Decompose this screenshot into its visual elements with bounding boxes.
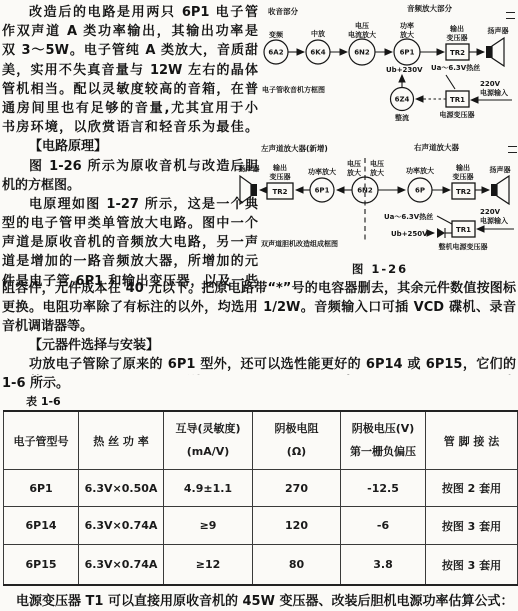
ua-heater-label: Ua～6.3V热丝 bbox=[384, 212, 433, 221]
tube-6a2-label: 6A2 bbox=[268, 49, 283, 57]
body-line: 管机相当。配以灵敏度较高的音箱，在普 bbox=[2, 80, 258, 99]
paL-label: 功率放大 bbox=[308, 167, 336, 176]
stereo-block-diagram: 左声道放大器(新增) 右声道放大器 扬声器 输出 变压器 TR2 功率放大 6P… bbox=[238, 138, 518, 276]
outL-tr2-label: TR2 bbox=[272, 188, 287, 196]
stage-label-voltage2: 电流放大 bbox=[348, 30, 376, 39]
stage-label-converter: 变频 bbox=[269, 30, 284, 39]
voltage-amp-label-r2: 放大 bbox=[370, 168, 384, 177]
body-line: 道是增加的一路音频放大器，所增加的元 bbox=[2, 252, 258, 271]
tube-6n2-label: 6N2 bbox=[354, 49, 370, 57]
speaker-icon bbox=[486, 46, 492, 58]
radio-section-right-label: 音频放大部分 bbox=[407, 3, 452, 13]
speaker-horn-icon bbox=[492, 38, 504, 66]
col-header-cathode-resistance: 阴极电阻 (Ω) bbox=[253, 411, 341, 470]
body-line: 声道是原收音机的音频放大电路，另一声 bbox=[2, 233, 258, 252]
cell: 3.8 bbox=[341, 545, 426, 586]
body-line: 作双声道 A 类功率输出，其输出功率是 bbox=[2, 22, 258, 41]
scan-artifact bbox=[508, 146, 517, 153]
table-row: 6P14 6.3V×0.74A ≥9 120 -6 按图 3 套用 bbox=[4, 507, 518, 545]
ub-230v-label: Ub+230V bbox=[386, 66, 423, 74]
stage-label-power2: 放大 bbox=[400, 30, 414, 39]
speaker-left-label: 扬声器 bbox=[239, 164, 260, 173]
table-row: 6P15 6.3V×0.74A ≥12 80 3.8 按图 3 套用 bbox=[4, 545, 518, 586]
speaker-right-icon bbox=[491, 184, 497, 196]
radio-section-left-label: 收音部分 bbox=[268, 6, 298, 16]
psu-label: 电源变压器 bbox=[440, 110, 475, 119]
diode-icon bbox=[437, 228, 445, 238]
ua-heater-label: Ua～6.3V热丝 bbox=[431, 63, 480, 72]
cell: 6P14 bbox=[4, 507, 79, 545]
tr2-label: TR2 bbox=[450, 49, 465, 57]
body-line: 1-6 所示。 bbox=[2, 375, 516, 394]
section-heading-components: 【元器件选择与安装】 bbox=[2, 337, 516, 356]
output-transformer-label2: 变压器 bbox=[447, 33, 468, 42]
body-line: 图 1-26 所示为原收音机与改造后胆 bbox=[2, 157, 258, 176]
body-line: 功放电子管除了原来的 6P1 型外，还可以选性能更好的 6P14 或 6P15，… bbox=[2, 356, 516, 375]
outR-label: 输出 bbox=[455, 163, 470, 172]
body-line: 型的电子管甲类单管放大电路。图中一个 bbox=[2, 214, 258, 233]
radio-block-diagram: 收音部分 音频放大部分 变频 6A2 中放 6K4 电压 电流放大 6N2 功率… bbox=[255, 0, 518, 134]
tube-6k4-label: 6K4 bbox=[310, 49, 325, 57]
heater-pointer-line bbox=[446, 75, 455, 89]
scan-artifact bbox=[506, 12, 515, 19]
tube-6z4-label: 6Z4 bbox=[395, 96, 410, 104]
outL-label2: 变压器 bbox=[270, 172, 291, 181]
fullwidth-text-block: 阻容件，元件成本在 40 元以下。把原电路带“*”号的电容器删去，其余元件数值按… bbox=[2, 280, 516, 393]
header-line: 阴极电压(V) bbox=[341, 422, 425, 436]
mains-input-label: 电源输入 bbox=[480, 216, 508, 225]
stage-label-voltage: 电压 bbox=[355, 21, 369, 30]
mains-voltage-label: 220V bbox=[480, 80, 501, 88]
footer-text-line: 电源变压器 T1 可以直接用原收音机的 45W 变压器、改装后胆机电源功率估算公… bbox=[16, 590, 516, 609]
cell: -6 bbox=[341, 507, 426, 545]
speaker-left-icon bbox=[251, 184, 257, 196]
tube-6p-right-label: 6P bbox=[415, 187, 425, 195]
col-header-pin-connection: 管 脚 接 法 bbox=[426, 411, 518, 470]
cell: -12.5 bbox=[341, 470, 426, 507]
stage-label-if: 中放 bbox=[311, 29, 325, 38]
left-text-column: 改造后的电路是用两只 6P1 电子管 作双声道 A 类功率输出，其输出功率是 双… bbox=[2, 3, 258, 291]
cell: 按图 3 套用 bbox=[426, 507, 518, 545]
col-header-heater-power: 热 丝 功 率 bbox=[79, 411, 164, 470]
body-line: 电原理如图 1-27 所示，这是一个典 bbox=[2, 195, 258, 214]
speaker-left-horn-icon bbox=[240, 176, 251, 204]
header-line: 第一栅负偏压 bbox=[341, 445, 425, 459]
voltage-amp-label-r1: 电压 bbox=[370, 159, 384, 168]
tube-6n2-shared-label: 6N2 bbox=[357, 187, 373, 195]
cell: 4.9±1.1 bbox=[164, 470, 253, 507]
cell: 6P1 bbox=[4, 470, 79, 507]
cell: 6.3V×0.50A bbox=[79, 470, 164, 507]
radio-diagram-caption: 电子管收音机方框图 bbox=[262, 85, 325, 94]
cell: 80 bbox=[253, 545, 341, 586]
body-line: 书房环境，以欣赏语言和轻音乐为最佳。 bbox=[2, 118, 258, 137]
stereo-diagram-caption: 双声道胆机改造组成框图 bbox=[261, 239, 338, 248]
voltage-amp-label-l2: 放大 bbox=[347, 168, 361, 177]
section-heading-circuit-principle: 【电路原理】 bbox=[2, 137, 258, 156]
heater-pointer-line bbox=[437, 216, 452, 224]
right-channel-title: 右声道放大器 bbox=[414, 142, 459, 152]
tube-6p1-left-label: 6P1 bbox=[315, 187, 330, 195]
body-line: 美，实用不失真音量与 12W 左右的晶体 bbox=[2, 61, 258, 80]
col-header-tube-model: 电子管型号 bbox=[4, 411, 79, 470]
header-line: 互导(灵敏度) bbox=[164, 422, 252, 436]
cell: 270 bbox=[253, 470, 341, 507]
cell: 120 bbox=[253, 507, 341, 545]
body-line: 阻容件，元件成本在 40 元以下。把原电路带“*”号的电容器删去，其余元件数值按… bbox=[2, 280, 516, 299]
body-line: 音机调谐器等。 bbox=[2, 318, 516, 337]
header-line: (mA/V) bbox=[164, 445, 252, 459]
cell: 按图 3 套用 bbox=[426, 545, 518, 586]
cell: 6.3V×0.74A bbox=[79, 545, 164, 586]
col-header-cathode-voltage: 阴极电压(V) 第一栅负偏压 bbox=[341, 411, 426, 470]
body-line: 改造后的电路是用两只 6P1 电子管 bbox=[2, 3, 258, 22]
cell: 按图 2 套用 bbox=[426, 470, 518, 507]
cell: ≥9 bbox=[164, 507, 253, 545]
cell: 6.3V×0.74A bbox=[79, 507, 164, 545]
body-line: 机的方框图。 bbox=[2, 176, 258, 195]
rectifier-label: 整流 bbox=[395, 113, 409, 122]
cell: 6P15 bbox=[4, 545, 79, 586]
speaker-label: 扬声器 bbox=[488, 26, 509, 35]
tr1-label: TR1 bbox=[450, 96, 465, 104]
mains-input-label: 电源输入 bbox=[480, 88, 508, 97]
figure-caption: 图 1-26 bbox=[330, 261, 430, 277]
outR-tr2-label: TR2 bbox=[456, 188, 471, 196]
voltage-amp-label-l1: 电压 bbox=[347, 159, 361, 168]
tr1-label: TR1 bbox=[456, 226, 471, 234]
psu-caption: 整机电源变压器 bbox=[439, 242, 488, 251]
tube-6p1-label: 6P1 bbox=[400, 49, 415, 57]
body-line: 通房间里也有足够的音量,尤其宜用于小 bbox=[2, 99, 258, 118]
cell: ≥12 bbox=[164, 545, 253, 586]
outR-label2: 变压器 bbox=[453, 172, 474, 181]
ub-250v-label: Ub+250V bbox=[391, 230, 428, 238]
header-line: (Ω) bbox=[253, 445, 340, 459]
col-header-transconductance: 互导(灵敏度) (mA/V) bbox=[164, 411, 253, 470]
outL-label: 输出 bbox=[272, 163, 287, 172]
body-line: 双 3～5W。电子管纯 A 类放大，音质甜 bbox=[2, 41, 258, 60]
mains-voltage-label: 220V bbox=[480, 208, 501, 216]
stage-label-power: 功率 bbox=[400, 21, 414, 30]
body-line: 更换。电阻功率除了有标注的以外，均选用 1/2W。音频输入口可插 VCD 碟机、… bbox=[2, 299, 516, 318]
left-channel-title: 左声道放大器(新增) bbox=[261, 143, 328, 153]
tube-spec-table: 电子管型号 热 丝 功 率 互导(灵敏度) (mA/V) 阴极电阻 (Ω) 阴极… bbox=[3, 410, 518, 586]
output-transformer-label: 输出 bbox=[449, 24, 464, 33]
paR-label: 功率放大 bbox=[406, 166, 434, 175]
speaker-right-label: 扬声器 bbox=[490, 165, 511, 174]
table-label: 表 1-6 bbox=[26, 393, 61, 409]
table-header-row: 电子管型号 热 丝 功 率 互导(灵敏度) (mA/V) 阴极电阻 (Ω) 阴极… bbox=[4, 411, 518, 470]
table-row: 6P1 6.3V×0.50A 4.9±1.1 270 -12.5 按图 2 套用 bbox=[4, 470, 518, 507]
header-line: 阴极电阻 bbox=[253, 422, 340, 436]
speaker-right-horn-icon bbox=[497, 176, 509, 204]
